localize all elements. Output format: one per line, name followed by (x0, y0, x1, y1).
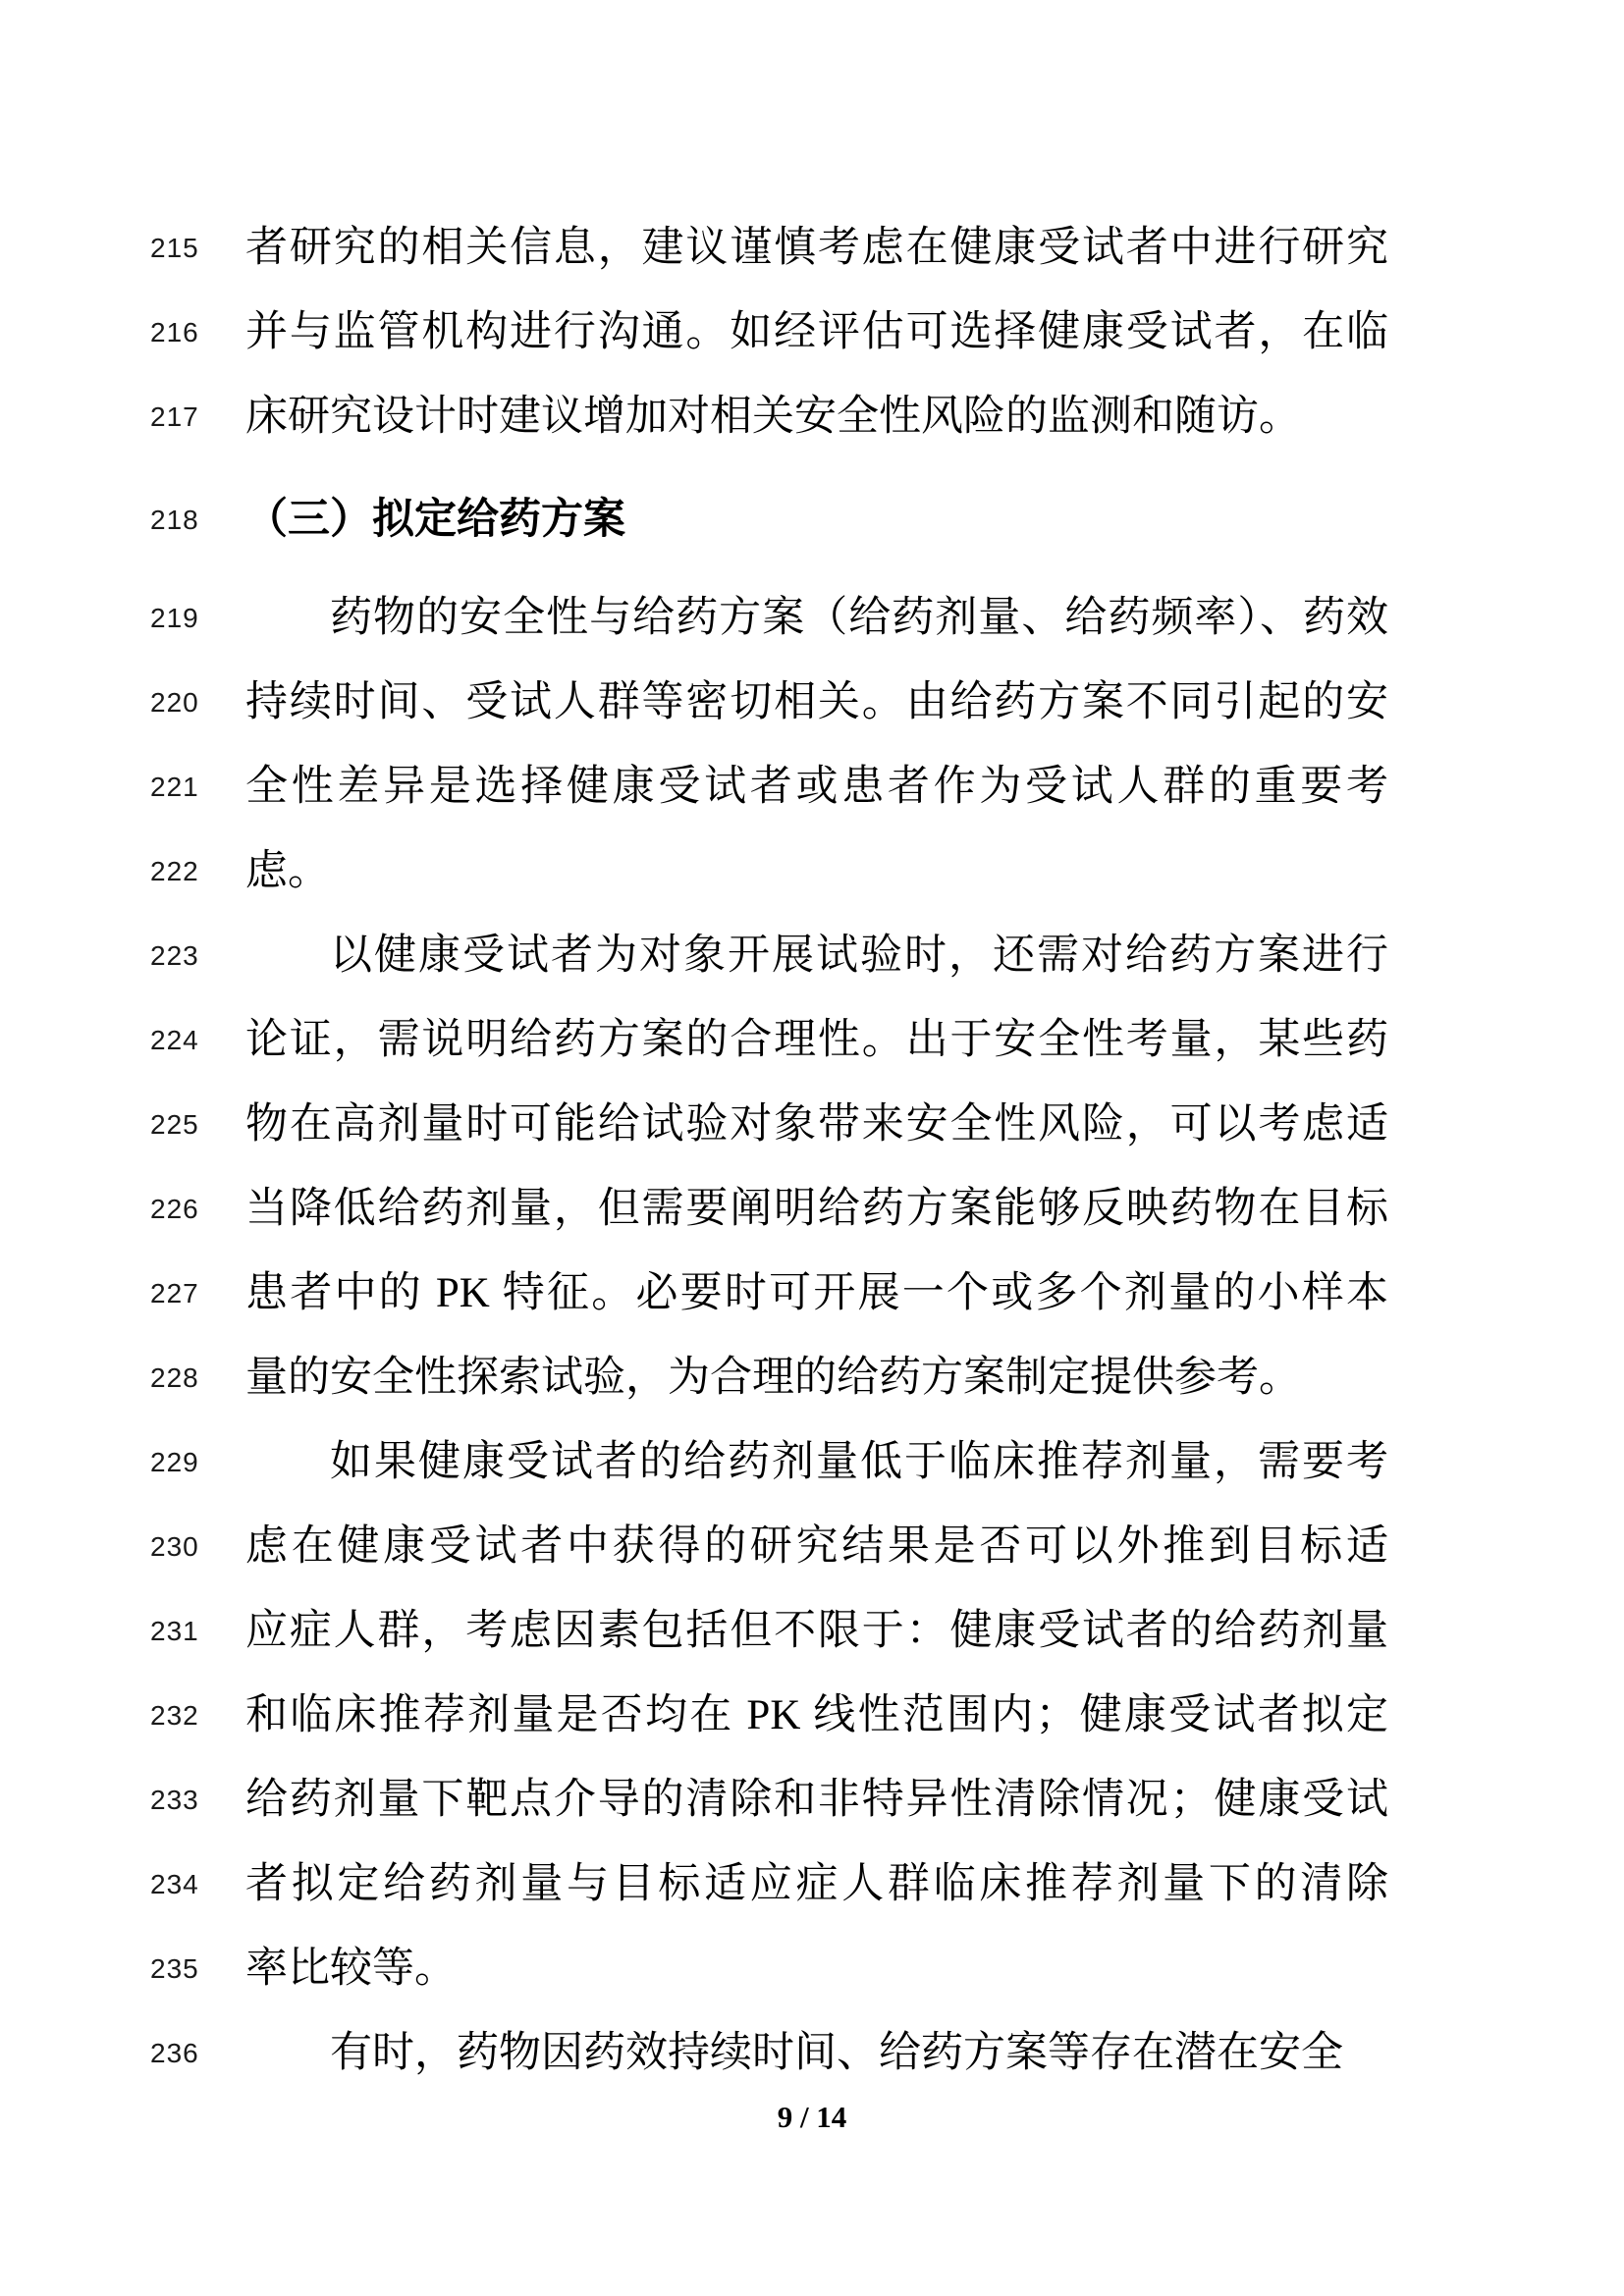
line-text: 如果健康受试者的给药剂量低于临床推荐剂量，需要考 (245, 1420, 1388, 1505)
document-line: 230 虑在健康受试者中获得的研究结果是否可以外推到目标适 (150, 1505, 1624, 1589)
document-line: 219 药物的安全性与给药方案（给药剂量、给药频率）、药效 (150, 576, 1624, 661)
line-text: 者拟定给药剂量与目标适应症人群临床推荐剂量下的清除 (245, 1842, 1388, 1927)
line-text: 当降低给药剂量，但需要阐明给药方案能够反映药物在目标 (245, 1167, 1388, 1252)
line-number: 231 (150, 1616, 245, 1647)
line-number: 232 (150, 1700, 245, 1732)
line-number: 227 (150, 1278, 245, 1309)
page-number: 9 / 14 (0, 2100, 1624, 2135)
line-text: 床研究设计时建议增加对相关安全性风险的监测和随访。 (245, 375, 1388, 459)
document-line: 231 应症人群，考虑因素包括但不限于：健康受试者的给药剂量 (150, 1589, 1624, 1674)
line-number: 216 (150, 317, 245, 348)
line-number: 219 (150, 603, 245, 634)
line-text: 并与监管机构进行沟通。如经评估可选择健康受试者，在临 (245, 291, 1388, 375)
document-line: 233 给药剂量下靶点介导的清除和非特异性清除情况；健康受试 (150, 1758, 1624, 1842)
document-lines: 215 者研究的相关信息，建议谨慎考虑在健康受试者中进行研究 216 并与监管机… (150, 206, 1624, 2096)
document-content: 215 者研究的相关信息，建议谨慎考虑在健康受试者中进行研究 216 并与监管机… (0, 0, 1624, 2096)
document-line: 227 患者中的 PK 特征。必要时可开展一个或多个剂量的小样本 (150, 1252, 1624, 1336)
document-line: 234 者拟定给药剂量与目标适应症人群临床推荐剂量下的清除 (150, 1842, 1624, 1927)
line-number: 234 (150, 1869, 245, 1900)
line-text: 率比较等。 (245, 1927, 1388, 2011)
document-line: 224 论证，需说明给药方案的合理性。出于安全性考量，某些药 (150, 998, 1624, 1083)
line-number: 220 (150, 687, 245, 719)
line-text: 和临床推荐剂量是否均在 PK 线性范围内；健康受试者拟定 (245, 1674, 1388, 1758)
document-line: 229 如果健康受试者的给药剂量低于临床推荐剂量，需要考 (150, 1420, 1624, 1505)
line-text: 以健康受试者为对象开展试验时，还需对给药方案进行 (245, 914, 1388, 998)
line-text: 物在高剂量时可能给试验对象带来安全性风险，可以考虑适 (245, 1083, 1388, 1167)
line-number: 215 (150, 233, 245, 264)
line-text: 药物的安全性与给药方案（给药剂量、给药频率）、药效 (245, 576, 1388, 661)
line-number: 226 (150, 1194, 245, 1225)
line-text: 给药剂量下靶点介导的清除和非特异性清除情况；健康受试 (245, 1758, 1388, 1842)
document-line: 236 有时，药物因药效持续时间、给药方案等存在潜在安全 (150, 2011, 1624, 2096)
document-line: 218 （三）拟定给药方案 (150, 478, 1624, 562)
document-line: 226 当降低给药剂量，但需要阐明给药方案能够反映药物在目标 (150, 1167, 1624, 1252)
line-text: （三）拟定给药方案 (245, 478, 1388, 562)
line-text: 全性差异是选择健康受试者或患者作为受试人群的重要考 (245, 745, 1388, 829)
line-text: 持续时间、受试人群等密切相关。由给药方案不同引起的安 (245, 661, 1388, 745)
line-number: 217 (150, 401, 245, 433)
line-number: 223 (150, 940, 245, 972)
line-number: 224 (150, 1025, 245, 1056)
line-text: 有时，药物因药效持续时间、给药方案等存在潜在安全 (245, 2011, 1388, 2096)
line-text: 虑。 (245, 829, 1388, 914)
document-line: 215 者研究的相关信息，建议谨慎考虑在健康受试者中进行研究 (150, 206, 1624, 291)
document-line: 225 物在高剂量时可能给试验对象带来安全性风险，可以考虑适 (150, 1083, 1624, 1167)
line-text: 虑在健康受试者中获得的研究结果是否可以外推到目标适 (245, 1505, 1388, 1589)
line-number: 221 (150, 772, 245, 803)
document-line: 223 以健康受试者为对象开展试验时，还需对给药方案进行 (150, 914, 1624, 998)
document-line: 228 量的安全性探索试验，为合理的给药方案制定提供参考。 (150, 1336, 1624, 1420)
line-number: 225 (150, 1109, 245, 1141)
line-text: 应症人群，考虑因素包括但不限于：健康受试者的给药剂量 (245, 1589, 1388, 1674)
line-number: 236 (150, 2038, 245, 2069)
line-text: 者研究的相关信息，建议谨慎考虑在健康受试者中进行研究 (245, 206, 1388, 291)
document-line: 220 持续时间、受试人群等密切相关。由给药方案不同引起的安 (150, 661, 1624, 745)
document-line: 216 并与监管机构进行沟通。如经评估可选择健康受试者，在临 (150, 291, 1624, 375)
document-line: 217 床研究设计时建议增加对相关安全性风险的监测和随访。 (150, 375, 1624, 459)
line-number: 233 (150, 1785, 245, 1816)
document-line: 235 率比较等。 (150, 1927, 1624, 2011)
line-number: 218 (150, 505, 245, 536)
line-number: 229 (150, 1447, 245, 1478)
line-number: 235 (150, 1953, 245, 1985)
line-number: 228 (150, 1362, 245, 1394)
document-line: 222 虑。 (150, 829, 1624, 914)
document-line: 232 和临床推荐剂量是否均在 PK 线性范围内；健康受试者拟定 (150, 1674, 1624, 1758)
document-page: 215 者研究的相关信息，建议谨慎考虑在健康受试者中进行研究 216 并与监管机… (0, 0, 1624, 2296)
document-line: 221 全性差异是选择健康受试者或患者作为受试人群的重要考 (150, 745, 1624, 829)
line-text: 论证，需说明给药方案的合理性。出于安全性考量，某些药 (245, 998, 1388, 1083)
line-number: 230 (150, 1531, 245, 1563)
line-number: 222 (150, 856, 245, 887)
line-text: 量的安全性探索试验，为合理的给药方案制定提供参考。 (245, 1336, 1388, 1420)
line-text: 患者中的 PK 特征。必要时可开展一个或多个剂量的小样本 (245, 1252, 1388, 1336)
